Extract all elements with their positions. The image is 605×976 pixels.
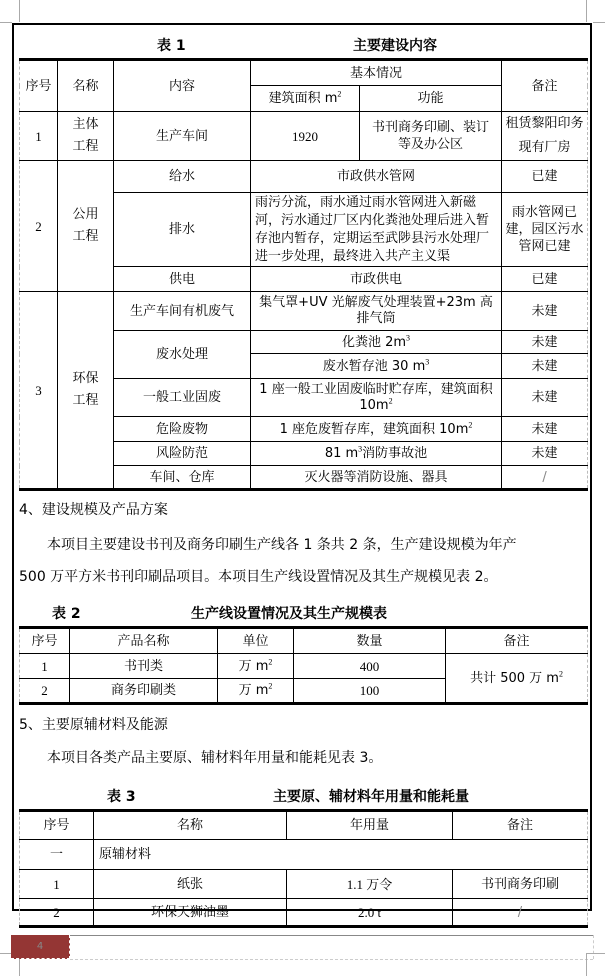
table2-caption-label: 表 2: [52, 603, 81, 623]
footer-dashed-line: [70, 959, 593, 960]
header-basic: 基本情况: [251, 60, 502, 86]
header-name: 名称: [94, 811, 287, 840]
row-detail: 1 座一般工业固废临时贮存库，建筑面积 10m2: [251, 379, 502, 417]
footer-right-dashed: [593, 935, 594, 959]
row-detail: 市政供水管网: [251, 161, 502, 193]
table3-caption-title: 主要原、辅材料年用量和能耗量: [273, 786, 469, 806]
table1-caption-title: 主要建设内容: [353, 35, 437, 55]
header-amount: 年用量: [287, 811, 453, 840]
row-remark: /: [453, 899, 588, 927]
table3-caption-label: 表 3: [107, 786, 136, 806]
section4-paragraph-line1: 本项目主要建设书刊及商务印刷生产线各 1 条共 2 条，生产建设规模为年产: [47, 536, 517, 554]
row-remark: 未建: [502, 354, 588, 379]
crop-mark: [0, 953, 11, 954]
row-detail: 集气罩+UV 光解废气处理装置+23m 高排气筒: [251, 292, 502, 331]
row-detail: 81 m3消防事故池: [251, 442, 502, 466]
crop-mark: [586, 0, 587, 22]
section5-paragraph: 本项目各类产品主要原、辅材料年用量和能耗见表 3。: [47, 749, 382, 767]
table2-caption-title: 生产线设置情况及其生产规模表: [191, 603, 387, 623]
row-content: 供电: [114, 267, 251, 292]
crop-mark: [19, 0, 20, 22]
row-qty: 400: [294, 654, 446, 679]
row-area: 1920: [251, 112, 360, 161]
crop-mark: [586, 953, 605, 954]
header-function: 功能: [360, 86, 502, 112]
row-remark: 共计 500 万 m2: [446, 654, 588, 704]
row-detail: 灭火器等消防设施、器具: [251, 466, 502, 490]
row-index: 1: [20, 112, 58, 161]
row-remark: 未建: [502, 442, 588, 466]
header-index: 序号: [20, 60, 58, 112]
crop-mark: [0, 22, 12, 23]
row-content: 给水: [114, 161, 251, 193]
row-name: 纸张: [94, 870, 287, 899]
row-detail: 废水暂存池 30 m3: [251, 354, 502, 379]
row-content: 生产车间有机废气: [114, 292, 251, 331]
row-detail: 1 座危废暂存库，建筑面积 10m2: [251, 417, 502, 442]
row-detail: 化粪池 2m3: [251, 331, 502, 354]
row-remark: 未建: [502, 417, 588, 442]
table1-caption-label: 表 1: [157, 35, 186, 55]
header-index: 序号: [20, 811, 94, 840]
section5-heading: 5、主要原辅材料及能源: [19, 716, 168, 734]
row-name: 环保天狮油墨: [94, 899, 287, 927]
crop-mark: [593, 22, 605, 23]
row-unit: 万 m2: [218, 679, 294, 704]
page-number-box: 4: [11, 935, 70, 959]
row-name: 公用工程: [58, 161, 114, 292]
row-remark: 书刊商务印刷: [453, 870, 588, 899]
header-product: 产品名称: [70, 628, 218, 654]
row-content: 排水: [114, 193, 251, 267]
row-remark: /: [502, 466, 588, 490]
row-remark: 租赁黎阳印务现有厂房: [502, 112, 588, 161]
row-index: 2: [20, 161, 58, 292]
row-content: 危险废物: [114, 417, 251, 442]
header-index: 序号: [20, 628, 70, 654]
header-remark: 备注: [446, 628, 588, 654]
row-content: 生产车间: [114, 112, 251, 161]
row-detail: 市政供电: [251, 267, 502, 292]
row-content: 一般工业固废: [114, 379, 251, 417]
row-product: 书刊类: [70, 654, 218, 679]
row-remark: 雨水管网已建，园区污水管网已建: [502, 193, 588, 267]
row-content: 车间、仓库: [114, 466, 251, 490]
table1-main-construction: 序号 名称 内容 基本情况 备注 建筑面积 m2 功能 1 主体工程 生产车间 …: [19, 58, 588, 491]
row-remark: 已建: [502, 267, 588, 292]
row-remark: 未建: [502, 292, 588, 331]
row-name: 环保工程: [58, 292, 114, 490]
header-unit: 单位: [218, 628, 294, 654]
row-function: 书刊商务印刷、装订等及办公区: [360, 112, 502, 161]
row-content: 废水处理: [114, 331, 251, 379]
crop-mark: [586, 953, 587, 976]
row-index: 2: [20, 899, 94, 927]
header-remark: 备注: [453, 811, 588, 840]
row-amount: 2.0 t: [287, 899, 453, 927]
row-remark: 未建: [502, 379, 588, 417]
row-qty: 100: [294, 679, 446, 704]
row-name: 主体工程: [58, 112, 114, 161]
group-index: 一: [20, 840, 94, 870]
row-detail: 雨污分流，雨水通过雨水管网进入新磁河，污水通过厂区内化粪池处理后进入暂存池内暂存…: [251, 193, 502, 267]
row-index: 3: [20, 292, 58, 490]
table2-production-lines: 序号 产品名称 单位 数量 备注 1 书刊类 万 m2 400 共计 500 万…: [19, 626, 588, 705]
crop-mark: [19, 959, 20, 976]
section4-paragraph-line2: 500 万平方米书刊印刷品项目。本项目生产线设置情况及其生产规模见表 2。: [19, 568, 498, 586]
header-area: 建筑面积 m2: [251, 86, 360, 112]
row-index: 1: [20, 870, 94, 899]
row-unit: 万 m2: [218, 654, 294, 679]
row-index: 2: [20, 679, 70, 704]
header-qty: 数量: [294, 628, 446, 654]
row-remark: 已建: [502, 161, 588, 193]
row-amount: 1.1 万令: [287, 870, 453, 899]
header-remark: 备注: [502, 60, 588, 112]
footer-top-line: [70, 935, 593, 936]
table3-raw-materials: 序号 名称 年用量 备注 一 原辅材料 1 纸张 1.1 万令 书刊商务印刷 2…: [19, 809, 588, 928]
row-product: 商务印刷类: [70, 679, 218, 704]
row-index: 1: [20, 654, 70, 679]
section4-heading: 4、建设规模及产品方案: [19, 501, 168, 519]
header-content: 内容: [114, 60, 251, 112]
row-remark: 未建: [502, 331, 588, 354]
group-label: 原辅材料: [94, 840, 588, 870]
row-content: 风险防范: [114, 442, 251, 466]
header-name: 名称: [58, 60, 114, 112]
